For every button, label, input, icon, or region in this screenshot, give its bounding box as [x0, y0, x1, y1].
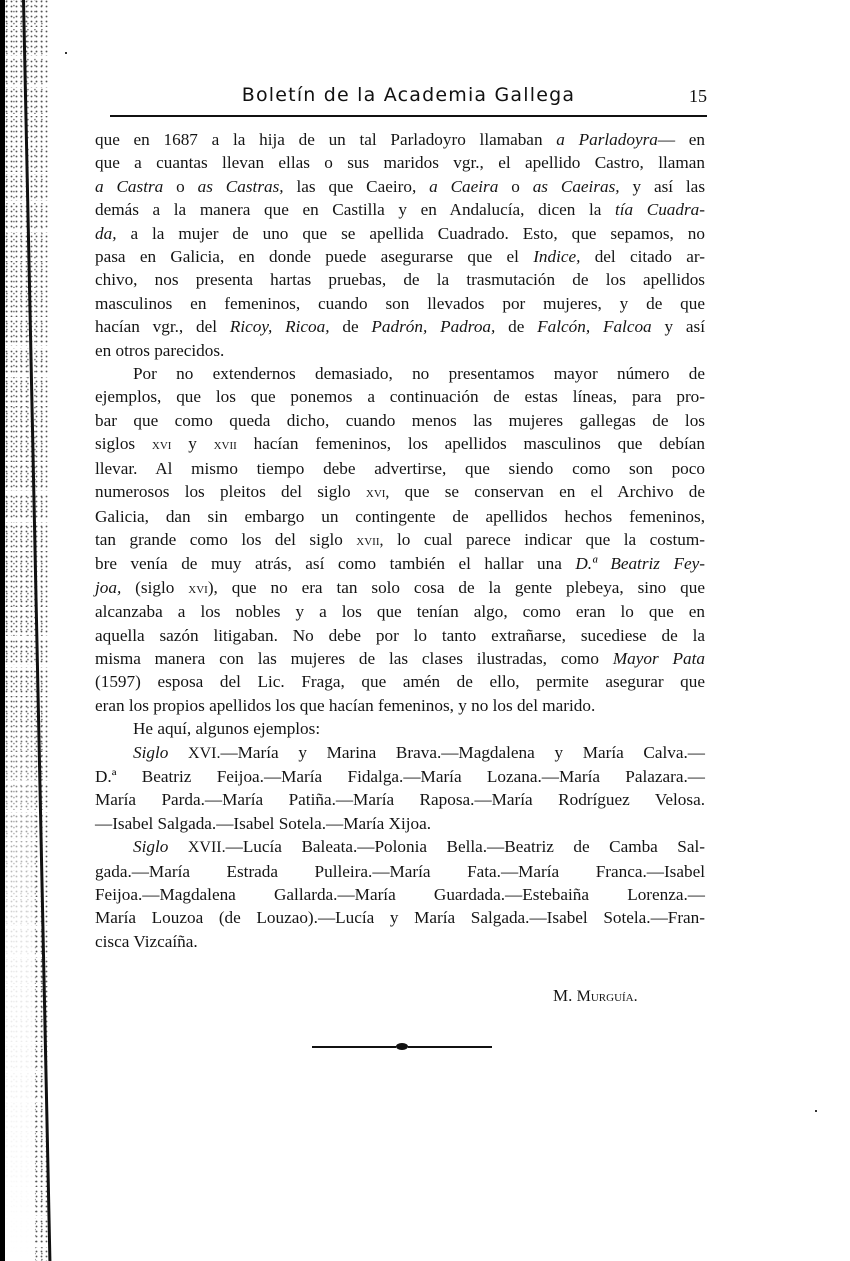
text-line: He aquí, algunos ejemplos: — [95, 717, 705, 740]
end-ornament-rule — [312, 1043, 492, 1051]
text-line: aquella sazón litigaban. No debe por lo … — [95, 624, 705, 647]
text-line: María Louzoa (de Louzao).—Lucía y María … — [95, 906, 705, 929]
text-line: en otros parecidos. — [95, 339, 705, 362]
text-line: gada.—María Estrada Pulleira.—María Fata… — [95, 860, 705, 883]
text-line: Galicia, dan sin embargo un contingente … — [95, 505, 705, 528]
text-line: eran los propios apellidos los que hacía… — [95, 694, 705, 717]
text-line: bre venía de muy atrás, así como también… — [95, 552, 705, 575]
examples-siglo-xvii: Siglo XVII.—Lucía Baleata.—Polonia Bella… — [95, 835, 705, 953]
binding-fade — [5, 0, 35, 1261]
text-line: ejemplos, que los que ponemos a continua… — [95, 385, 705, 408]
text-line: (1597) esposa del Lic. Fraga, que amén d… — [95, 670, 705, 693]
header-rule — [110, 115, 707, 117]
text-line: llevar. Al mismo tiempo debe advertirse,… — [95, 457, 705, 480]
text-line: Por no extendernos demasiado, no present… — [95, 362, 705, 385]
text-line: tan grande como los del siglo xvii, lo c… — [95, 528, 705, 552]
text-line: D.ª Beatriz Feijoa.—María Fidalga.—María… — [95, 765, 705, 788]
text-line: misma manera con las mujeres de las clas… — [95, 647, 705, 670]
running-head: Boletín de la Academia Gallega — [110, 84, 707, 106]
text-line: masculinos en femeninos, cuando son llev… — [95, 292, 705, 315]
text-line: María Parda.—María Patiña.—María Raposa.… — [95, 788, 705, 811]
text-line: chivo, nos presenta hartas pruebas, de l… — [95, 268, 705, 291]
author-signature: M. Murguía. — [553, 986, 638, 1006]
text-line: que a cuantas llevan ellas o sus maridos… — [95, 151, 705, 174]
text-line: siglos xvi y xvii hacían femeninos, los … — [95, 432, 705, 456]
text-line: bar que como queda dicho, cuando menos l… — [95, 409, 705, 432]
page-number: 15 — [689, 86, 707, 107]
text-line: —Isabel Salgada.—Isabel Sotela.—María Xi… — [95, 812, 705, 835]
paragraph-1: que en 1687 a la hija de un tal Parladoy… — [95, 128, 705, 362]
text-line: hacían vgr., del Ricoy, Ricoa, de Padrón… — [95, 315, 705, 338]
text-line: joa, (siglo xvi), que no era tan solo co… — [95, 576, 705, 600]
text-line: Siglo XVI.—María y Marina Brava.—Magdale… — [95, 741, 705, 765]
text-line: Siglo XVII.—Lucía Baleata.—Polonia Bella… — [95, 835, 705, 859]
text-line: pasa en Galicia, en donde puede asegurar… — [95, 245, 705, 268]
ornament-line-left — [312, 1046, 396, 1048]
ornament-line-right — [408, 1046, 492, 1048]
ornament-center-dot — [396, 1043, 408, 1050]
text-line: cisca Vizcaíña. — [95, 930, 705, 953]
text-line: alcanzaba a los nobles y a los que tenía… — [95, 600, 705, 623]
text-line: numerosos los pleitos del siglo xvi, que… — [95, 480, 705, 504]
paragraph-3: He aquí, algunos ejemplos: — [95, 717, 705, 740]
body-text: que en 1687 a la hija de un tal Parladoy… — [95, 128, 705, 953]
text-line: a Castra o as Castras, las que Caeiro, a… — [95, 175, 705, 198]
text-line: demás a la manera que en Castilla y en A… — [95, 198, 705, 221]
text-line: da, a la mujer de uno que se apellida Cu… — [95, 222, 705, 245]
examples-siglo-xvi: Siglo XVI.—María y Marina Brava.—Magdale… — [95, 741, 705, 836]
paper-speck — [65, 52, 67, 54]
page-header: Boletín de la Academia Gallega 15 — [110, 84, 707, 114]
paper-speck — [815, 1110, 817, 1112]
paragraph-2: Por no extendernos demasiado, no present… — [95, 362, 705, 717]
text-line: que en 1687 a la hija de un tal Parladoy… — [95, 128, 705, 151]
text-line: Feijoa.—Magdalena Gallarda.—María Guarda… — [95, 883, 705, 906]
